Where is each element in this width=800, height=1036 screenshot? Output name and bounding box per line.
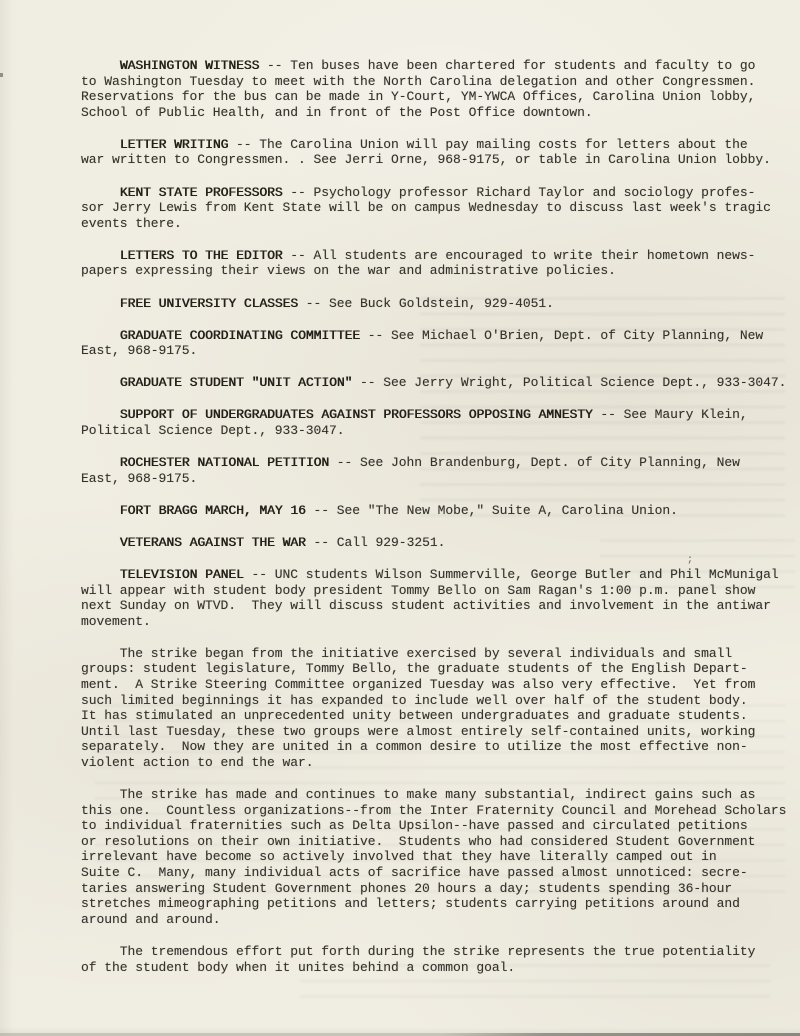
- paragraph-body: -- See Buck Goldstein, 929-4051.: [298, 296, 554, 311]
- paragraph-heading: GRADUATE COORDINATING COMMITTEE: [81, 328, 360, 343]
- paragraph-body: -- Call 929-3251.: [306, 535, 446, 550]
- paragraph-support-of-undergraduates: SUPPORT OF UNDERGRADUATES AGAINST PROFES…: [81, 407, 798, 438]
- paragraph-heading: GRADUATE STUDENT "UNIT ACTION": [81, 375, 352, 390]
- paragraph-body: -- See Jerry Wright, Political Science D…: [352, 375, 786, 390]
- paragraph-body: -- See "The New Mobe," Suite A, Carolina…: [306, 503, 678, 518]
- paragraph-washington-witness: WASHINGTON WITNESS -- Ten buses have bee…: [81, 58, 798, 120]
- scan-edge-nick: [0, 73, 3, 77]
- document-page: WASHINGTON WITNESS -- Ten buses have bee…: [0, 0, 800, 1036]
- paragraph-heading: WASHINGTON WITNESS: [81, 58, 259, 73]
- paragraph-heading: SUPPORT OF UNDERGRADUATES AGAINST PROFES…: [81, 407, 593, 422]
- paragraph-veterans-against-war: VETERANS AGAINST THE WAR -- Call 929-325…: [81, 535, 798, 551]
- paragraph-body: The strike has made and continues to mak…: [81, 787, 786, 927]
- paragraph-rochester-national-petition: ROCHESTER NATIONAL PETITION -- See John …: [81, 455, 798, 486]
- paragraph-heading: FREE UNIVERSITY CLASSES: [81, 296, 298, 311]
- paragraph-strike-gains: The strike has made and continues to mak…: [81, 787, 798, 927]
- paragraph-letters-to-editor: LETTERS TO THE EDITOR -- All students ar…: [81, 248, 798, 279]
- paragraph-fort-bragg-march: FORT BRAGG MARCH, MAY 16 -- See "The New…: [81, 503, 798, 519]
- paragraph-letter-writing: LETTER WRITING -- The Carolina Union wil…: [81, 137, 798, 168]
- paragraph-body: The strike began from the initiative exe…: [81, 646, 755, 770]
- paragraph-strike-began: The strike began from the initiative exe…: [81, 646, 798, 771]
- paragraph-graduate-coordinating-committee: GRADUATE COORDINATING COMMITTEE -- See M…: [81, 328, 798, 359]
- paragraph-free-university-classes: FREE UNIVERSITY CLASSES -- See Buck Gold…: [81, 296, 798, 312]
- paragraph-body: The tremendous effort put forth during t…: [81, 944, 755, 975]
- paragraph-heading: KENT STATE PROFESSORS: [81, 185, 283, 200]
- paragraph-heading: ROCHESTER NATIONAL PETITION: [81, 455, 329, 470]
- paragraph-television-panel: TELEVISION PANEL -- UNC students Wilson …: [81, 567, 798, 629]
- stray-ink-mark: ;: [687, 555, 693, 566]
- typewritten-text-block: WASHINGTON WITNESS -- Ten buses have bee…: [81, 58, 798, 992]
- paragraph-kent-state-professors: KENT STATE PROFESSORS -- Psychology prof…: [81, 185, 798, 232]
- paragraph-heading: FORT BRAGG MARCH, MAY 16: [81, 503, 306, 518]
- paragraph-heading: VETERANS AGAINST THE WAR: [81, 535, 306, 550]
- paragraph-tremendous-effort: The tremendous effort put forth during t…: [81, 944, 798, 975]
- paragraph-heading: LETTERS TO THE EDITOR: [81, 248, 283, 263]
- paragraph-heading: LETTER WRITING: [81, 137, 228, 152]
- paragraph-graduate-student-unit-action: GRADUATE STUDENT "UNIT ACTION" -- See Je…: [81, 375, 798, 391]
- paragraph-heading: TELEVISION PANEL: [81, 567, 244, 582]
